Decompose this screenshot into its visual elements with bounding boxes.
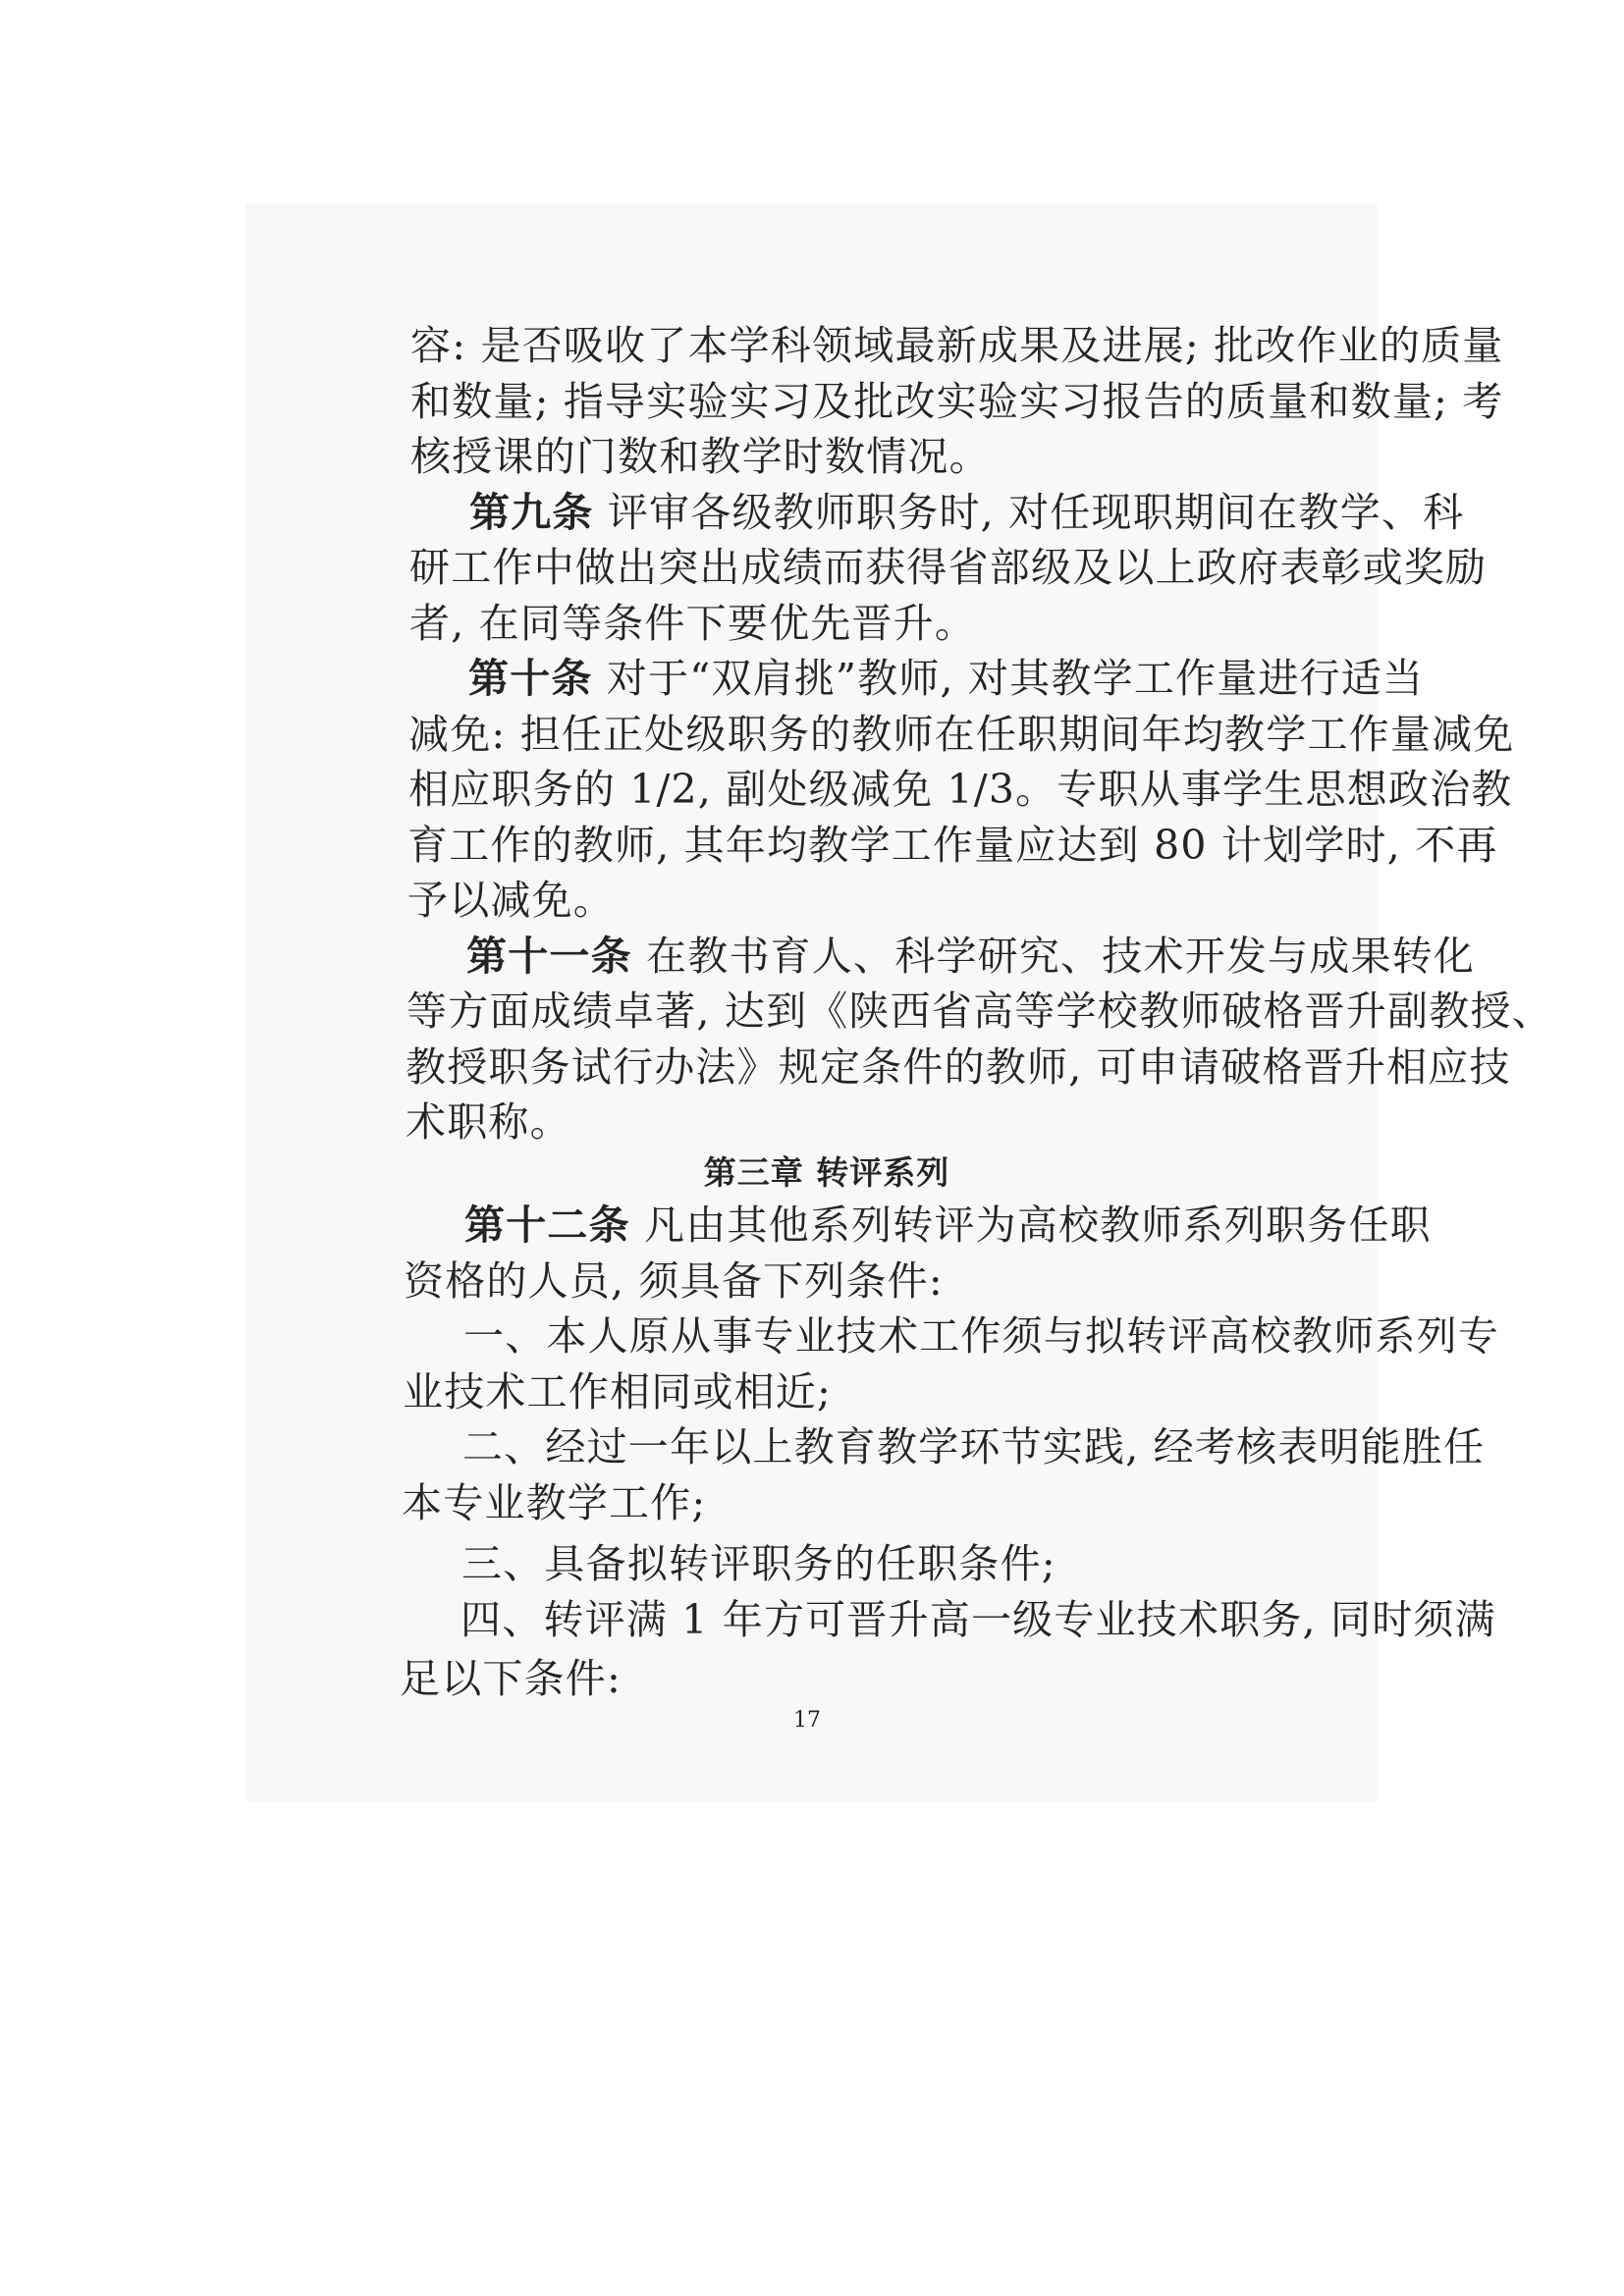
line-text: 予以减免。	[407, 877, 615, 924]
line-text: 三、具备拟转评职务的任职条件;	[461, 1540, 1056, 1587]
text-line: 容: 是否吸收了本学科领域最新成果及进展; 批改作业的质量	[410, 318, 1504, 373]
article-12-line: 第十二条 凡由其他系列转评为高校教师系列职务任职	[464, 1198, 1432, 1253]
article-label: 第十条	[468, 655, 593, 702]
article-9-line: 第九条 评审各级教师职务时, 对任现职期间在教学、科	[469, 485, 1464, 540]
text-line: 减免: 担任正处级职务的教师在任职期间年均教学工作量减免	[408, 707, 1514, 762]
article-label: 第九条	[469, 489, 594, 536]
line-text: 等方面成绩卓著, 达到《陕西省高等学校教师破格晋升副教授、	[406, 988, 1553, 1035]
line-text: 对于“双肩挑”教师, 对其教学工作量进行适当	[593, 655, 1425, 702]
chapter-heading: 第三章 转评系列	[0, 1146, 1624, 1201]
list-item-line: 三、具备拟转评职务的任职条件;	[461, 1536, 1056, 1591]
line-text: 相应职务的 1/2, 副处级减免 1/3。专职从事学生思想政治教	[408, 766, 1513, 813]
list-item-line: 一、本人原从事专业技术工作须与拟转评高校教师系列专	[463, 1308, 1499, 1363]
text-line: 研工作中做出突出成绩而获得省部级及以上政府表彰或奖励	[409, 540, 1487, 595]
text-line: 核授课的门数和教学时数情况。	[410, 429, 991, 484]
line-text: 研工作中做出突出成绩而获得省部级及以上政府表彰或奖励	[409, 544, 1487, 591]
line-text: 术职称。	[406, 1098, 571, 1146]
line-text: 在教书育人、科学研究、技术开发与成果转化	[632, 933, 1475, 980]
line-text: 评审各级教师职务时, 对任现职期间在教学、科	[594, 489, 1465, 536]
line-text: 教授职务试行办法》规定条件的教师, 可申请破格晋升相应技	[406, 1043, 1511, 1091]
line-text: 育工作的教师, 其年均教学工作量应达到 80 计划学时, 不再	[407, 822, 1498, 869]
line-text: 二、经过一年以上教育教学环节实践, 经考核表明能胜任	[462, 1423, 1485, 1470]
line-text: 业技术工作相同或相近;	[403, 1368, 832, 1415]
line-text: 足以下条件:	[400, 1655, 622, 1702]
line-text: 资格的人员, 须具备下列条件:	[404, 1257, 944, 1305]
line-text: 和数量; 指导实验实习及批改实验实习报告的质量和数量; 考	[410, 378, 1504, 425]
text-line: 资格的人员, 须具备下列条件:	[404, 1254, 944, 1308]
text-line: 予以减免。	[407, 873, 615, 928]
line-text: 减免: 担任正处级职务的教师在任职期间年均教学工作量减免	[408, 711, 1514, 758]
line-text: 四、转评满 1 年方可晋升高一级专业技术职务, 同时须满	[460, 1596, 1496, 1643]
text-line: 育工作的教师, 其年均教学工作量应达到 80 计划学时, 不再	[407, 818, 1498, 873]
line-text: 凡由其他系列转评为高校教师系列职务任职	[630, 1201, 1432, 1249]
text-line: 教授职务试行办法》规定条件的教师, 可申请破格晋升相应技	[406, 1040, 1511, 1095]
text-line: 和数量; 指导实验实习及批改实验实习报告的质量和数量; 考	[410, 374, 1504, 429]
article-11-line: 第十一条 在教书育人、科学研究、技术开发与成果转化	[466, 929, 1475, 984]
line-text: 者, 在同等条件下要优先晋升。	[409, 600, 976, 647]
line-text: 容: 是否吸收了本学科领域最新成果及进展; 批改作业的质量	[410, 322, 1504, 369]
article-label: 第十二条	[464, 1201, 630, 1249]
list-item-line: 二、经过一年以上教育教学环节实践, 经考核表明能胜任	[462, 1419, 1485, 1474]
line-text: 本专业教学工作;	[402, 1479, 706, 1526]
text-line: 业技术工作相同或相近;	[403, 1364, 832, 1419]
text-line: 相应职务的 1/2, 副处级减免 1/3。专职从事学生思想政治教	[408, 762, 1513, 817]
text-line: 足以下条件:	[400, 1651, 622, 1706]
line-text: 一、本人原从事专业技术工作须与拟转评高校教师系列专	[463, 1312, 1499, 1360]
text-line: 者, 在同等条件下要优先晋升。	[409, 596, 976, 651]
page-number: 17	[0, 1706, 1624, 1735]
text-line: 等方面成绩卓著, 达到《陕西省高等学校教师破格晋升副教授、	[406, 984, 1553, 1039]
list-item-line: 四、转评满 1 年方可晋升高一级专业技术职务, 同时须满	[460, 1592, 1496, 1647]
article-label: 第十一条	[466, 933, 632, 980]
line-text: 核授课的门数和教学时数情况。	[410, 433, 991, 480]
text-line: 术职称。	[406, 1095, 571, 1149]
article-10-line: 第十条 对于“双肩挑”教师, 对其教学工作量进行适当	[468, 651, 1424, 706]
text-line: 本专业教学工作;	[402, 1475, 706, 1530]
